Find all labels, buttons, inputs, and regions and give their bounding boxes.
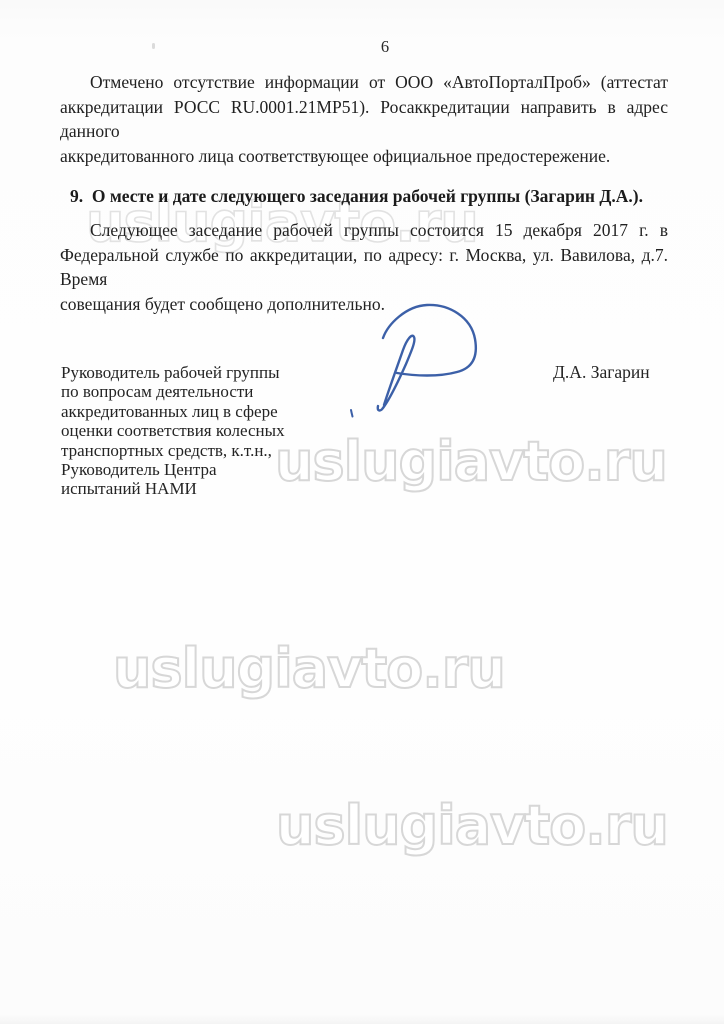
section-9-heading: 9. О месте и дате следующего заседания р… [70, 184, 670, 208]
paragraph-line: Федеральной службе по аккредитации, по а… [60, 243, 668, 292]
signature-tick [351, 410, 353, 417]
handwritten-signature-icon [336, 292, 492, 422]
paragraph-line: аккредитованного лица соответствующее оф… [60, 144, 668, 169]
role-line: оценки соответствия колесных [61, 421, 301, 440]
role-line: аккредитованных лиц в сфере [61, 402, 301, 421]
role-line: по вопросам деятельности [61, 382, 301, 401]
role-line: испытаний НАМИ [61, 479, 301, 498]
paragraph-warning: Отмечено отсутствие информации от ООО «А… [60, 70, 668, 168]
signer-name: Д.А. Загарин [553, 362, 673, 383]
role-line: транспортных средств, к.т.н., [61, 441, 301, 460]
role-line: Руководитель рабочей группы [61, 363, 301, 382]
paragraph-line: аккредитации РОСС RU.0001.21МР51). Росак… [60, 95, 668, 144]
scanned-document-page: uslugiavto.ru uslugiavto.ru uslugiavto.r… [0, 0, 724, 1024]
document-text-layer: 6 Отмечено отсутствие информации от ООО … [0, 0, 724, 1024]
paragraph-line: Следующее заседание рабочей группы состо… [60, 218, 668, 243]
scan-noise-speck [152, 43, 155, 49]
paragraph-line: Отмечено отсутствие информации от ООО «А… [60, 70, 668, 95]
page-number: 6 [370, 37, 400, 57]
signature-role-block: Руководитель рабочей группы по вопросам … [61, 363, 301, 499]
role-line: Руководитель Центра [61, 460, 301, 479]
